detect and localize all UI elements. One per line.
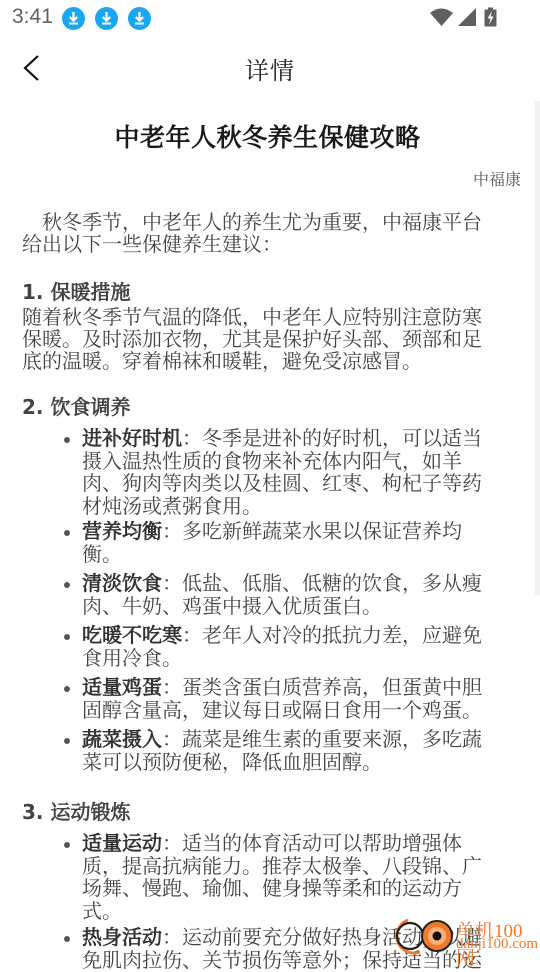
list-item-text: 食用冷食。 <box>82 647 507 670</box>
list-item: 进补好时机：冬季是进补的好时机，可以适当 摄入温热性质的食物来补充体内阳气，如羊… <box>82 427 507 517</box>
signal-icon <box>458 8 476 26</box>
separator: ： <box>162 519 182 543</box>
list-item-text: 适当的体育活动可以帮助增强体 <box>182 831 462 855</box>
list-item-term: 营养均衡 <box>82 519 162 543</box>
intro-line: 给出以下一些保健养生建议： <box>22 233 512 255</box>
intro-paragraph: 秋冬季节，中老年人的养生尤为重要，中福康平台 给出以下一些保健养生建议： <box>22 211 512 255</box>
separator: ： <box>162 831 182 855</box>
separator: ： <box>162 727 182 751</box>
battery-charging-icon <box>485 8 497 27</box>
list-item-text: 蔬菜是维生素的重要来源，多吃蔬 <box>182 727 482 751</box>
list-item-text: 固醇含量高，建议每日或隔日食用一个鸡蛋。 <box>82 699 507 722</box>
list-item: 清淡饮食：低盐、低脂、低糖的饮食，多从瘦 肉、牛奶、鸡蛋中摄入优质蛋白。 <box>82 572 507 617</box>
download-icon <box>128 7 151 30</box>
list-item-text: 老年人对冷的抵抗力差，应避免 <box>202 623 482 647</box>
section-heading: 3. 运动锻炼 <box>22 801 130 823</box>
article-title: 中老年人秋冬养生保健攻略 <box>0 118 535 154</box>
paragraph-line: 底的温暖。穿着棉袜和暖鞋，避免受凉感冒。 <box>22 350 512 372</box>
paragraph-line: 保暖。及时添加衣物，尤其是保护好头部、颈部和足 <box>22 328 512 350</box>
status-time: 3:41 <box>12 5 53 29</box>
list-item-text: 材炖汤或煮粥食用。 <box>82 495 507 518</box>
list-item-text: 衡。 <box>82 543 507 566</box>
download-icon <box>95 7 118 30</box>
intro-line: 秋冬季节，中老年人的养生尤为重要，中福康平台 <box>22 211 512 233</box>
section-heading: 2. 饮食调养 <box>22 396 130 418</box>
list-item: 适量运动：适当的体育活动可以帮助增强体 质，提高抗病能力。推荐太极拳、八段锦、广… <box>82 832 507 922</box>
list-item-text: 低盐、低脂、低糖的饮食，多从瘦 <box>182 571 482 595</box>
list-item-term: 清淡饮食 <box>82 571 162 595</box>
list-item-text: 摄入温热性质的食物来补充体内阳气，如羊 <box>82 450 507 473</box>
list-item-term: 吃暖不吃寒 <box>82 623 182 647</box>
list-item-term: 适量运动 <box>82 831 162 855</box>
separator: ： <box>162 571 182 595</box>
watermark: 单机100网 danji100.com <box>390 912 540 960</box>
list-item: 吃暖不吃寒：老年人对冷的抵抗力差，应避免 食用冷食。 <box>82 624 507 669</box>
list-item: 营养均衡：多吃新鲜蔬菜水果以保证营养均 衡。 <box>82 520 507 565</box>
list-item-text: 冬季是进补的好时机，可以适当 <box>202 426 482 450</box>
list-item: 蔬菜摄入：蔬菜是维生素的重要来源，多吃蔬 菜可以预防便秘，降低血胆固醇。 <box>82 728 507 773</box>
list-item-term: 热身活动 <box>82 925 162 949</box>
list-item-term: 蔬菜摄入 <box>82 727 162 751</box>
wifi-icon <box>430 9 453 27</box>
list-item-text: 肉、牛奶、鸡蛋中摄入优质蛋白。 <box>82 595 507 618</box>
system-icons <box>410 0 540 36</box>
separator: ： <box>182 426 202 450</box>
watermark-url: danji100.com <box>456 936 538 953</box>
list-item: 适量鸡蛋：蛋类含蛋白质营养高，但蛋黄中胆 固醇含量高，建议每日或隔日食用一个鸡蛋… <box>82 676 507 721</box>
paragraph-line: 随着秋冬季节气温的降低，中老年人应特别注意防寒 <box>22 306 512 328</box>
list-item-text: 场舞、慢跑、瑜伽、健身操等柔和的运动方 <box>82 877 507 900</box>
page-title: 详情 <box>0 51 540 86</box>
list-item-text: 蛋类含蛋白质营养高，但蛋黄中胆 <box>182 675 482 699</box>
list-item-text: 菜可以预防便秘，降低血胆固醇。 <box>82 751 507 774</box>
separator: ： <box>182 623 202 647</box>
separator: ： <box>162 925 182 949</box>
list-item-text: 多吃新鲜蔬菜水果以保证营养均 <box>182 519 462 543</box>
section-paragraph: 随着秋冬季节气温的降低，中老年人应特别注意防寒 保暖。及时添加衣物，尤其是保护好… <box>22 306 512 372</box>
status-bar: 3:41 <box>0 0 540 36</box>
top-bar: 详情 <box>0 36 540 100</box>
article-author: 中福康 <box>473 167 521 190</box>
list-item-text: 质，提高抗病能力。推荐太极拳、八段锦、广 <box>82 855 507 878</box>
scrollbar[interactable] <box>535 101 540 596</box>
watermark-logo-icon <box>390 912 456 960</box>
list-item-text: 肉、狗肉等肉类以及桂圆、红枣、枸杞子等药 <box>82 472 507 495</box>
download-icon <box>62 7 85 30</box>
list-item-term: 适量鸡蛋 <box>82 675 162 699</box>
section-heading: 1. 保暖措施 <box>22 281 130 303</box>
list-item-term: 进补好时机 <box>82 426 182 450</box>
separator: ： <box>162 675 182 699</box>
